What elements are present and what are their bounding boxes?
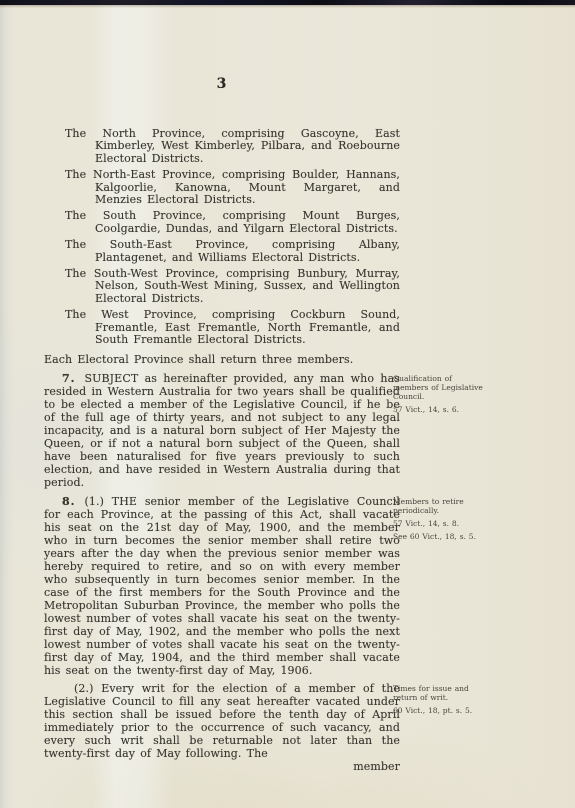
scanned-document-page: 3 The North Province, comprising Gascoyn… xyxy=(0,0,575,808)
catchword: member xyxy=(353,760,400,773)
section-8-subsection-2-text: (2.) Every writ for the election of a me… xyxy=(44,682,400,760)
province-list: The North Province, comprising Gascoyne,… xyxy=(44,128,400,347)
margin-note-qualification: Qualification of members of Legislative … xyxy=(393,374,487,401)
section-8-subsection-2: (2.) Every writ for the election of a me… xyxy=(44,682,400,760)
section-8-subsection-1-text: (1.) THE senior member of the Legislativ… xyxy=(44,495,400,677)
margin-note-citation-57vict-s8: 57 Vict., 14, s. 8. xyxy=(393,519,487,528)
section-7-text: SUBJECT as hereinafter provided, any man… xyxy=(44,372,400,489)
subsection-2-margin-note: Times for issue and return of writ. 60 V… xyxy=(393,684,487,719)
province-item-south-east: The South-East Province, comprising Alba… xyxy=(44,239,400,264)
margin-note-citation-57vict-s6: 57 Vict., 14, s. 6. xyxy=(393,405,487,414)
province-item-north: The North Province, comprising Gascoyne,… xyxy=(44,128,400,165)
text-column: 3 The North Province, comprising Gascoyn… xyxy=(44,76,400,773)
section-8-margin-note: Members to retire periodically. 57 Vict.… xyxy=(393,497,487,545)
section-7: 7.SUBJECT as hereinafter provided, any m… xyxy=(44,372,400,489)
scan-top-edge-shadow xyxy=(0,5,575,8)
section-7-margin-note: Qualification of members of Legislative … xyxy=(393,374,487,418)
margin-note-citation-see-60vict: See 60 Vict., 18, s. 5. xyxy=(393,532,487,541)
margin-note-times-writ: Times for issue and return of writ. xyxy=(393,684,487,702)
province-item-north-east: The North-East Province, comprising Boul… xyxy=(44,169,400,206)
section-8-number: 8. xyxy=(62,495,84,508)
page-number: 3 xyxy=(44,76,400,92)
section-7-number: 7. xyxy=(62,372,84,385)
section-8-subsection-1: 8.(1.) THE senior member of the Legislat… xyxy=(44,495,400,677)
members-return-line: Each Electoral Province shall return thr… xyxy=(44,353,400,366)
province-item-south-west: The South-West Province, comprising Bunb… xyxy=(44,268,400,305)
catchword-line: member xyxy=(44,760,400,773)
margin-note-retire-periodically: Members to retire periodically. xyxy=(393,497,487,515)
province-item-south: The South Province, comprising Mount Bur… xyxy=(44,210,400,235)
margin-note-citation-60vict-s5: 60 Vict., 18, pt. s. 5. xyxy=(393,706,487,715)
province-item-west: The West Province, comprising Cockburn S… xyxy=(44,309,400,346)
